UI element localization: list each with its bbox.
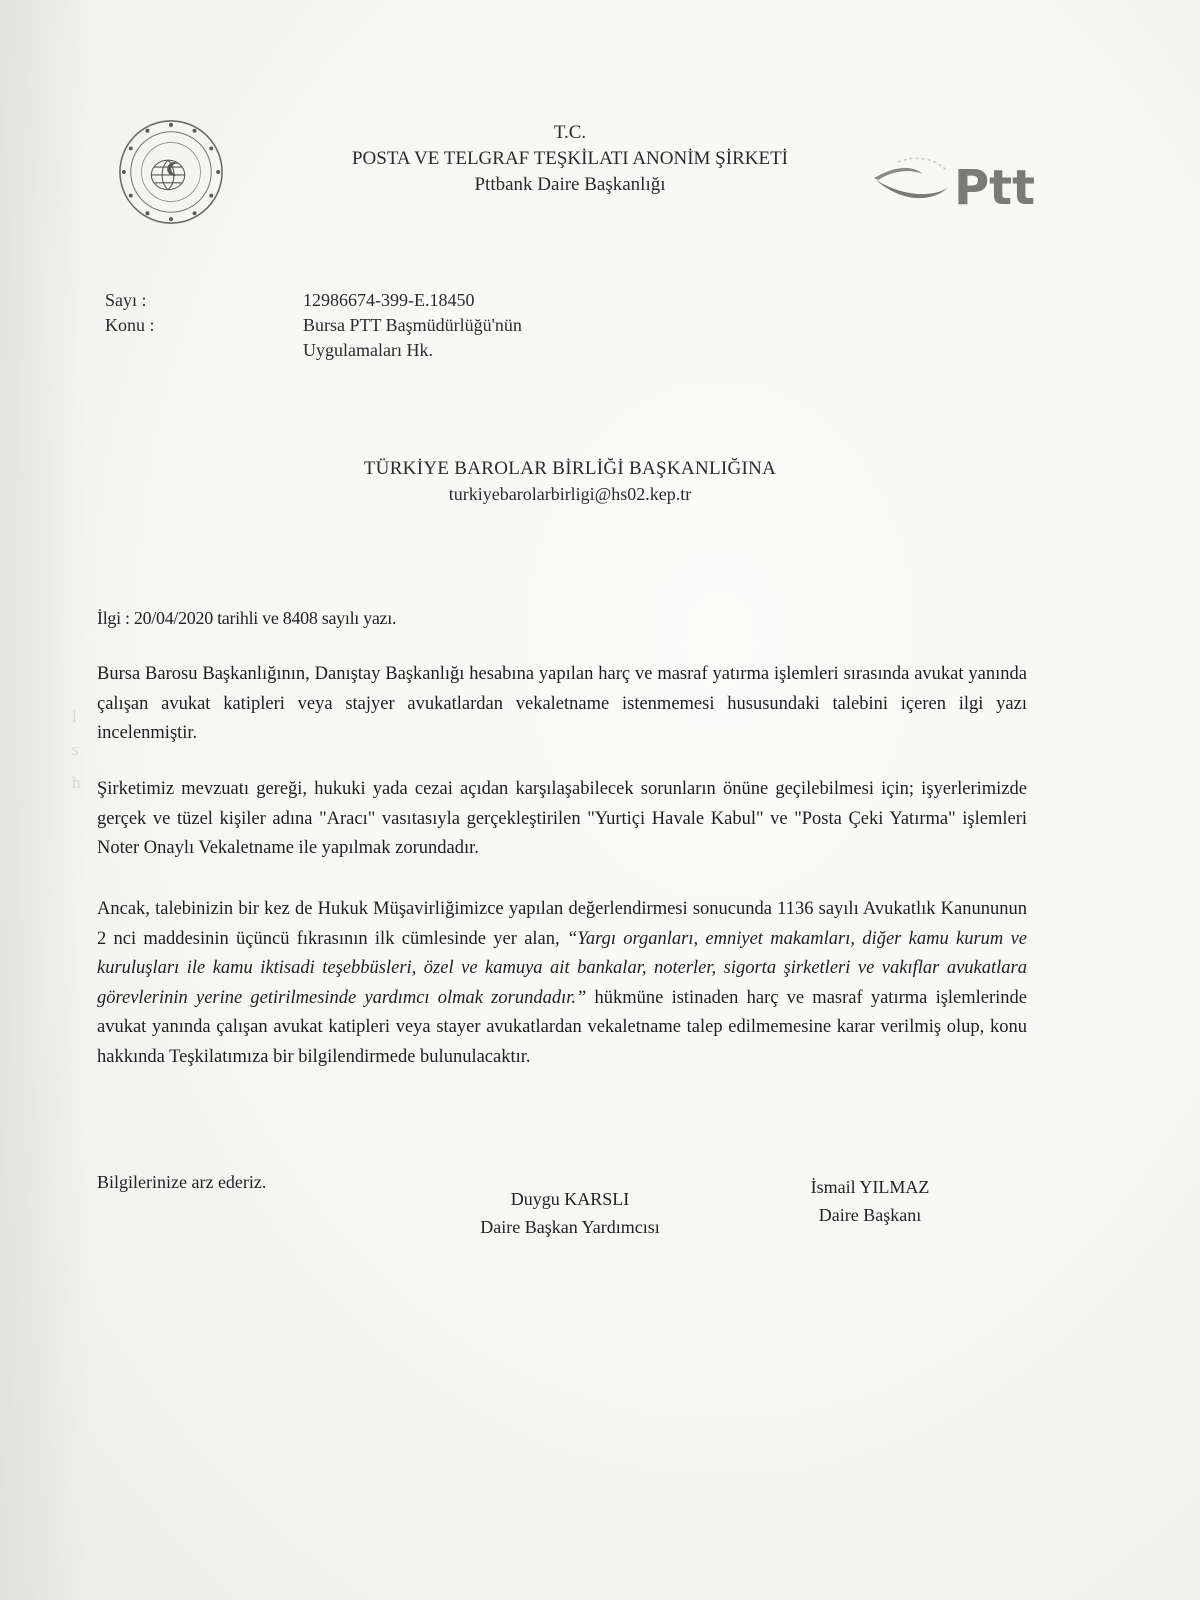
signatory-title: Daire Başkan Yardımcısı [440,1213,700,1241]
header-company: POSTA VE TELGRAF TEŞKİLATI ANONİM ŞİRKET… [270,146,870,172]
body-paragraph-1: Bursa Barosu Başkanlığının, Danıştay Baş… [97,660,1027,749]
signatory-title: Daire Başkanı [760,1201,980,1229]
recipient-email: turkiyebarolarbirligi@hs02.kep.tr [300,482,840,506]
recipient-name: TÜRKİYE BAROLAR BİRLİĞİ BAŞKANLIĞINA [300,455,840,482]
signature-block-head: İsmail YILMAZ Daire Başkanı [760,1173,980,1229]
svg-text:Ptt: Ptt [954,160,1035,216]
signatory-name: İsmail YILMAZ [760,1173,980,1201]
body-paragraph-2: Şirketimiz mevzuatı gereği, hukuki yada … [97,775,1027,864]
body-paragraph-3: Ancak, talebinizin bir kez de Hukuk Müşa… [97,895,1027,1072]
signature-block-deputy: Duygu KARSLI Daire Başkan Yardımcısı [440,1185,700,1241]
signatory-name: Duygu KARSLI [440,1185,700,1213]
ministry-seal-icon [112,118,230,226]
header-department: Pttbank Daire Başkanlığı [270,172,870,198]
bleed-through-text: lsh [72,700,81,799]
closing-line: Bilgilerinize arz ederiz. [97,1172,266,1193]
subject-value-line1: Bursa PTT Başmüdürlüğü'nün [303,313,522,338]
header-tc: T.C. [270,120,870,146]
subject-value-line2: Uygulamaları Hk. [303,338,433,363]
number-value: 12986674-399-E.18450 [303,288,474,313]
recipient-block: TÜRKİYE BAROLAR BİRLİĞİ BAŞKANLIĞINA tur… [300,455,840,506]
number-label: Sayı : [105,288,147,313]
subject-label: Konu : [105,313,155,338]
paper-shadow [0,0,90,1600]
letterhead: T.C. POSTA VE TELGRAF TEŞKİLATI ANONİM Ş… [270,120,870,198]
reference-line: İlgi : 20/04/2020 tarihli ve 8408 sayılı… [97,608,396,629]
ptt-logo-icon: Ptt [868,148,1038,218]
